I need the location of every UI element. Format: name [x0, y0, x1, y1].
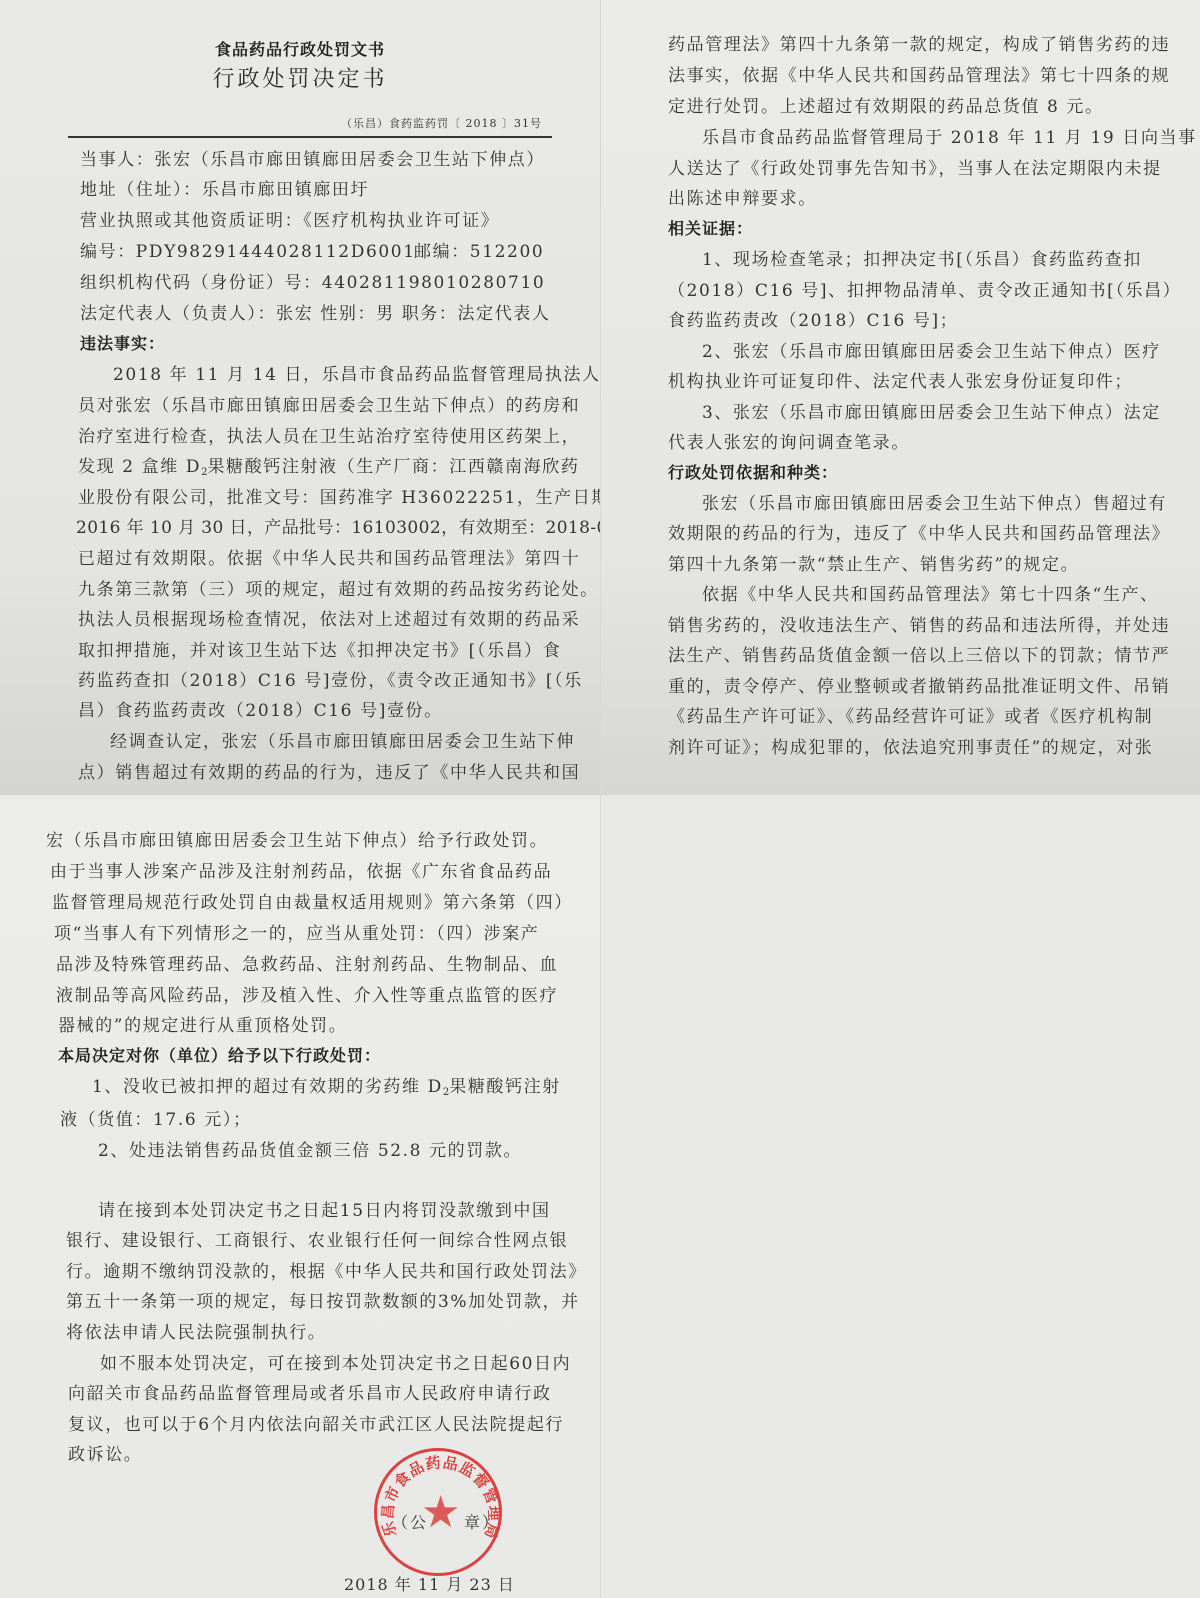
basis-line: 销售劣药的，没收违法生产、销售的药品和违法所得，并处违 — [668, 615, 1170, 637]
basis-cont-line: 由于当事人涉案产品涉及注射剂药品，依据《广东省食品药品 — [50, 861, 552, 883]
basis-line: 效期限的药品的行为，违反了《中华人民共和国药品管理法》 — [668, 523, 1170, 545]
header-divider — [68, 136, 552, 138]
facts-line: 发现 2 盒维 D2果糖酸钙注射液（生产厂商：江西赣南海欣药 — [78, 456, 579, 484]
facts-line: 取扣押措施，并对该卫生站下达《扣押决定书》[（乐昌）食 — [78, 640, 561, 662]
facts-line: 员对张宏（乐昌市廊田镇廊田居委会卫生站下伸点）的药房和 — [78, 395, 580, 417]
basis-line: 重的，责令停产、停业整顿或者撤销药品批准证明文件、吊销 — [668, 676, 1170, 698]
basis-line: 剂许可证》；构成犯罪的，依法追究刑事责任”的规定，对张 — [668, 737, 1153, 759]
payment-line: 银行、建设银行、工商银行、农业银行任何一间综合性网点银 — [66, 1230, 568, 1252]
facts-cont-line: 人送达了《行政处罚事先告知书》，当事人在法定期限内未提 — [668, 158, 1162, 180]
party-name: 当事人：张宏（乐昌市廊田镇廊田居委会卫生站下伸点） — [80, 149, 545, 171]
appeal-line: 向韶关市食品药品监督管理局或者乐昌市人民政府申请行政 — [68, 1383, 552, 1405]
facts-line: 经调查认定，张宏（乐昌市廊田镇廊田居委会卫生站下伸 — [110, 731, 575, 753]
document-category: 食品药品行政处罚文书 — [0, 37, 600, 60]
decision-item-1: 1、没收已被扣押的超过有效期的劣药维 D2果糖酸钙注射 — [92, 1076, 561, 1104]
evidence-line: 2、张宏（乐昌市廊田镇廊田居委会卫生站下伸点）医疗 — [702, 341, 1161, 363]
facts-line: 点）销售超过有效期的药品的行为，违反了《中华人民共和国 — [78, 762, 580, 784]
basis-line: 依据《中华人民共和国药品管理法》第七十四条“生产、 — [702, 584, 1159, 606]
facts-line: 治疗室进行检查，执法人员在卫生站治疗室待使用区药架上， — [78, 426, 580, 448]
facts-line: 昌）食药监药责改（2018）C16 号]壹份。 — [78, 700, 443, 722]
evidence-line: 3、张宏（乐昌市廊田镇廊田居委会卫生站下伸点）法定 — [702, 402, 1161, 424]
basis-line: 第四十九条第一款“禁止生产、销售劣药”的规定。 — [668, 554, 1079, 576]
seal-label: （公 章） — [392, 1510, 500, 1533]
signature-date: 2018 年 11 月 23 日 — [344, 1572, 515, 1595]
document-number: （乐昌）食药监药罚〔 2018 〕31号 — [341, 115, 542, 131]
party-address: 地址（住址）：乐昌市廊田镇廊田圩 — [80, 179, 369, 201]
appeal-line: 复议，也可以于6个月内依法向韶关市武江区人民法院提起行 — [68, 1414, 564, 1436]
decision-item-2: 2、处违法销售药品货值金额三倍 52.8 元的罚款。 — [98, 1140, 522, 1162]
page-1-top-left: 食品药品行政处罚文书 行政处罚决定书 （乐昌）食药监药罚〔 2018 〕31号 … — [0, 0, 600, 795]
basis-line: 法生产、销售药品货值金额一倍以上三倍以下的罚款；情节严 — [668, 645, 1170, 667]
page-2-bottom-left: 宏（乐昌市廊田镇廊田居委会卫生站下伸点）给予行政处罚。 由于当事人涉案产品涉及注… — [0, 795, 600, 1598]
blank-area — [600, 795, 1200, 1598]
facts-cont-line: 出陈述申辩要求。 — [668, 188, 817, 210]
document-title: 行政处罚决定书 — [0, 62, 600, 93]
facts-line: 执法人员根据现场检查情况，依法对上述超过有效期的药品采 — [78, 609, 580, 631]
appeal-line: 政诉讼。 — [68, 1444, 142, 1466]
facts-cont-line: 药品管理法》第四十九条第一款的规定，构成了销售劣药的违 — [668, 34, 1170, 56]
page-1-top-right: 药品管理法》第四十九条第一款的规定，构成了销售劣药的违 法事实，依据《中华人民共… — [600, 0, 1200, 795]
basis-cont-line: 宏（乐昌市廊田镇廊田居委会卫生站下伸点）给予行政处罚。 — [46, 830, 548, 852]
facts-line: 九条第三款第（三）项的规定，超过有效期的药品按劣药论处。 — [78, 579, 599, 601]
evidence-line: 机构执业许可证复印件、法定代表人张宏身份证复印件； — [668, 371, 1133, 393]
facts-line: 2016 年 10 月 30 日，产品批号：16103002，有效期至：2018… — [76, 517, 636, 539]
payment-line: 行。逾期不缴纳罚没款的，根据《中华人民共和国行政处罚法》 — [66, 1261, 587, 1283]
basis-cont-line: 监督管理局规范行政处罚自由裁量权适用规则》第六条第（四） — [52, 892, 573, 914]
basis-line: 张宏（乐昌市廊田镇廊田居委会卫生站下伸点）售超过有 — [702, 493, 1167, 515]
facts-heading: 违法事实： — [80, 333, 165, 355]
facts-cont-line: 法事实，依据《中华人民共和国药品管理法》第七十四条的规 — [668, 65, 1170, 87]
basis-cont-line: 器械的”的规定进行从重顶格处罚。 — [58, 1015, 347, 1037]
party-org-code: 组织机构代码（身份证）号：440281198010280710 — [80, 272, 545, 294]
evidence-line: 食药监药责改（2018）C16 号]； — [668, 310, 958, 332]
basis-cont-line: 品涉及特殊管理药品、急救药品、注射剂药品、生物制品、血 — [56, 954, 558, 976]
appeal-line: 如不服本处罚决定，可在接到本处罚决定书之日起60日内 — [100, 1353, 571, 1375]
evidence-line: 代表人张宏的询问调查笔录。 — [668, 432, 910, 454]
evidence-line: 1、现场检查笔录；扣押决定书[（乐昌）食药监药查扣 — [702, 249, 1142, 271]
party-license: 营业执照或其他资质证明：《医疗机构执业许可证》 — [80, 210, 499, 232]
party-number: 编号：PDY98291444028112D6001 — [80, 241, 416, 263]
evidence-line: （2018）C16 号]、扣押物品清单、责令改正通知书[（乐昌） — [668, 280, 1181, 302]
facts-line: 药监药查扣（2018）C16 号]壹份，《责令改正通知书》[（乐 — [78, 670, 583, 692]
party-postcode: 邮编：512200 — [414, 241, 544, 263]
panel-seam — [600, 0, 601, 1598]
facts-line: 业股份有限公司，批准文号：国药准字 H36022251，生产日期： — [78, 487, 629, 509]
facts-cont-line: 乐昌市食品药品监督管理局于 2018 年 11 月 19 日向当事 — [702, 127, 1197, 149]
party-legal-rep: 法定代表人（负责人）：张宏 性别：男 职务：法定代表人 — [80, 303, 551, 325]
payment-line: 请在接到本处罚决定书之日起15日内将罚没款缴到中国 — [98, 1200, 551, 1222]
decision-item-1-cont: 液（货值：17.6 元）； — [60, 1109, 252, 1131]
decision-heading: 本局决定对你（单位）给予以下行政处罚： — [58, 1045, 381, 1067]
payment-line: 将依法申请人民法院强制执行。 — [66, 1322, 326, 1344]
payment-line: 第五十一条第一项的规定，每日按罚款数额的3%加处罚款，并 — [66, 1291, 580, 1313]
evidence-heading: 相关证据： — [668, 218, 753, 240]
basis-line: 《药品生产许可证》、《药品经营许可证》或者《医疗机构制 — [668, 706, 1153, 728]
facts-cont-line: 定进行处罚。上述超过有效期限的药品总货值 8 元。 — [668, 96, 1104, 118]
basis-heading: 行政处罚依据和种类： — [668, 462, 838, 484]
basis-cont-line: 液制品等高风险药品，涉及植入性、介入性等重点监管的医疗 — [56, 985, 558, 1007]
basis-cont-line: 项“当事人有下列情形之一的，应当从重处罚：（四）涉案产 — [54, 923, 539, 945]
facts-line: 已超过有效期限。依据《中华人民共和国药品管理法》第四十 — [78, 548, 580, 570]
facts-line: 2018 年 11 月 14 日，乐昌市食品药品监督管理局执法人 — [113, 364, 601, 386]
